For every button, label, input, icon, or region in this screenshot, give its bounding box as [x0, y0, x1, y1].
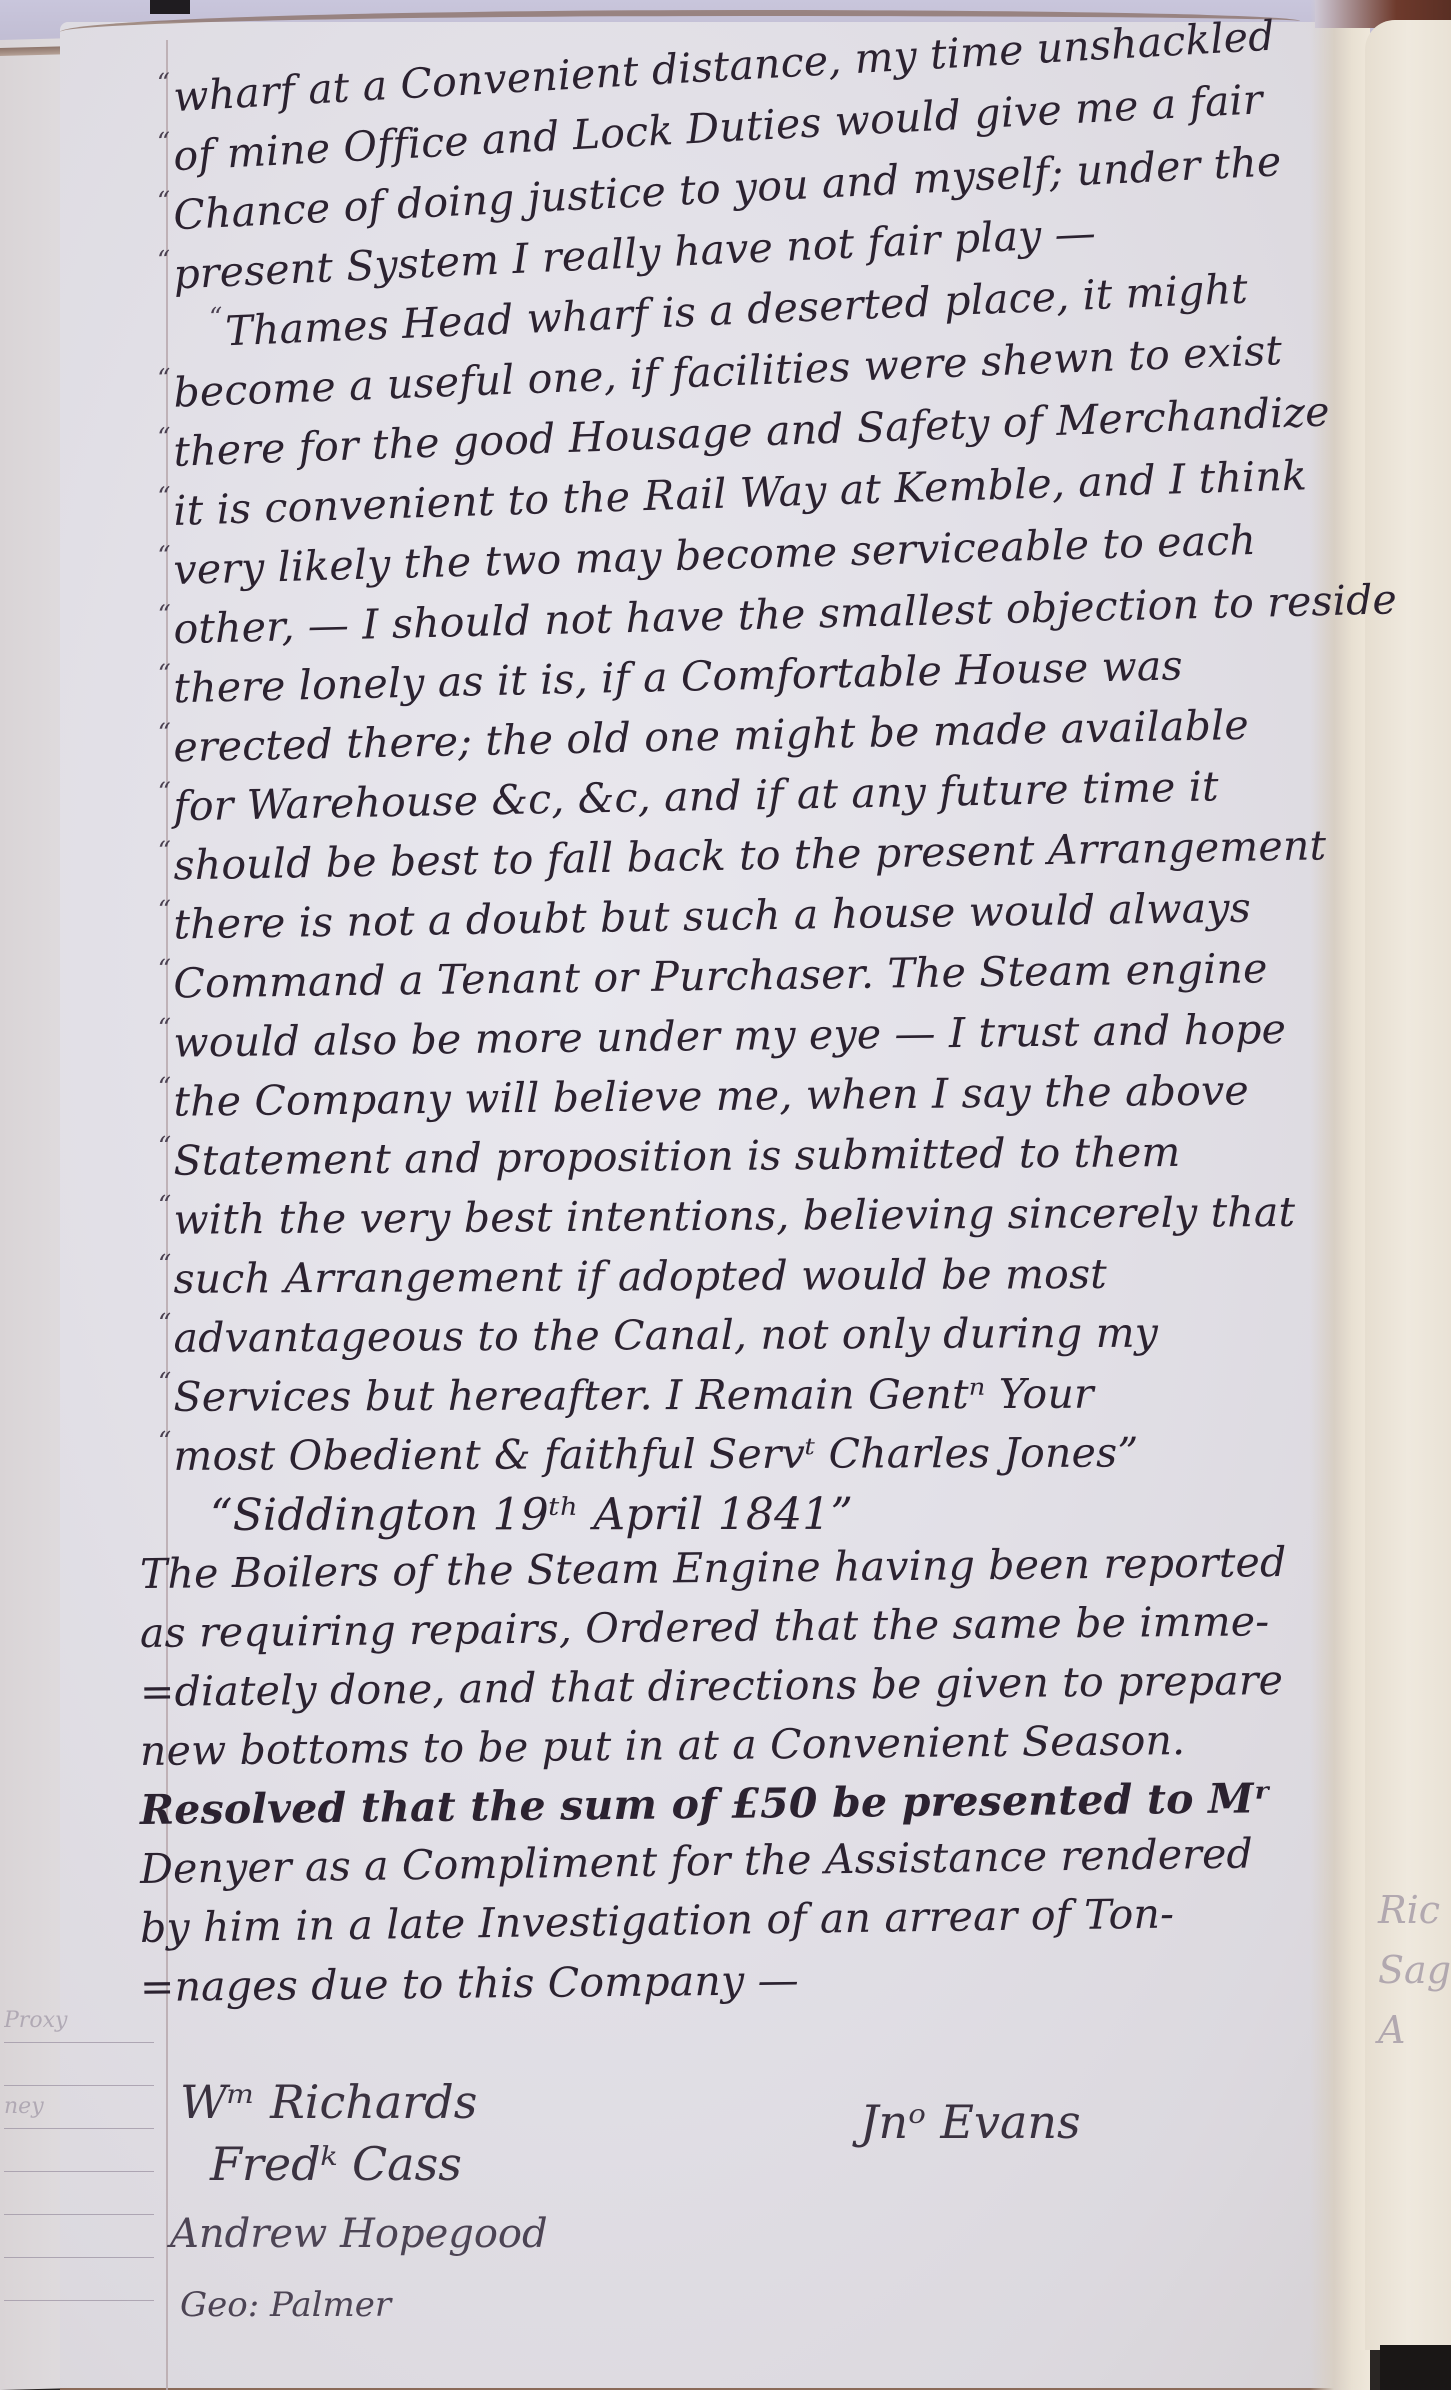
margin-note	[4, 2258, 154, 2301]
signature: Wᵐ Richards	[180, 2075, 477, 2129]
letter-line: “with the very best intentions, believin…	[140, 1183, 1320, 1250]
letter-line: “such Arrangement if adopted would be mo…	[140, 1244, 1320, 1309]
manuscript-text: “wharf at a Convenient distance, my time…	[140, 70, 1320, 2017]
margin-note	[4, 2172, 154, 2215]
letter-section: “wharf at a Convenient distance, my time…	[140, 70, 1320, 1545]
letter-closing-line: “most Obedient & faithful Servᵗ Charles …	[140, 1423, 1320, 1486]
margin-note	[4, 2129, 154, 2172]
margin-note: Proxy	[4, 2000, 154, 2043]
right-note: A	[1378, 2000, 1451, 2060]
right-note: Sag	[1378, 1940, 1451, 2000]
margin-note	[4, 2043, 154, 2086]
background-shadow	[150, 0, 190, 14]
signature: Fredᵏ Cass	[210, 2137, 462, 2191]
table-surface	[1380, 2345, 1451, 2390]
minutes-section: The Boilers of the Steam Engine having b…	[140, 1545, 1320, 2017]
signature: Andrew Hopegood	[170, 2211, 548, 2257]
letter-line: “the Company will believe me, when I say…	[140, 1061, 1321, 1132]
letter-line: “Statement and proposition is submitted …	[140, 1122, 1320, 1191]
margin-note	[4, 2215, 154, 2258]
letter-line: “Services but hereafter. I Remain Gentⁿ …	[140, 1364, 1320, 1427]
left-margin-notes: Proxy ney	[4, 2000, 154, 2301]
minutes-line: =nages due to this Company —	[140, 1946, 1321, 2017]
signature: Geo: Palmer	[180, 2285, 391, 2325]
margin-note: ney	[4, 2086, 154, 2129]
right-page-notes: Ric Sag A	[1378, 1880, 1451, 2060]
letter-line: “advantageous to the Canal, not only dur…	[140, 1303, 1320, 1368]
signature: Jnᵒ Evans	[860, 2095, 1081, 2149]
right-note: Ric	[1378, 1880, 1451, 1940]
